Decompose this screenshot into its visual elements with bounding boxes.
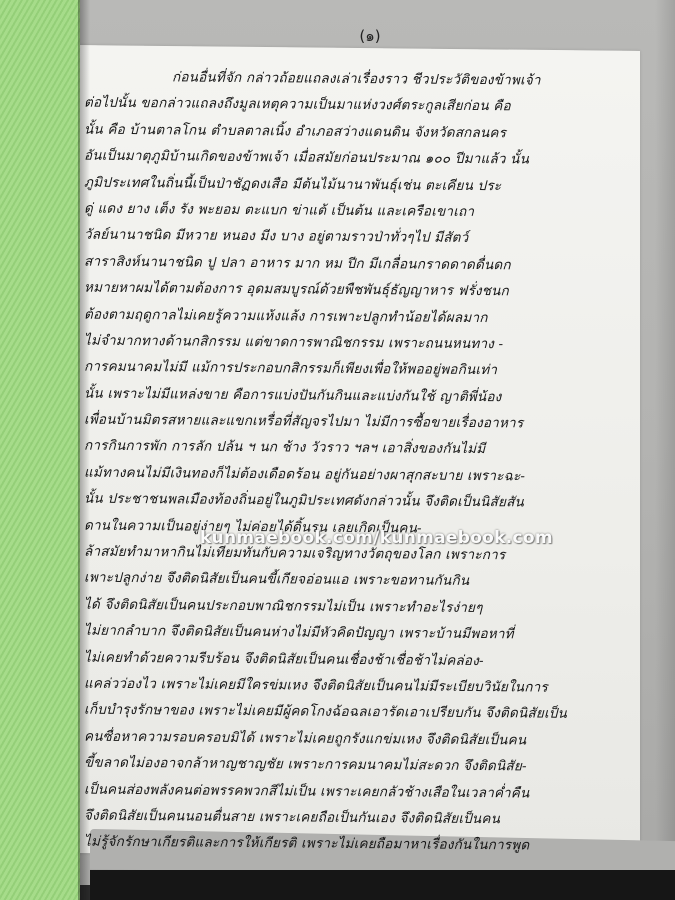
- green-book-cover: [0, 0, 80, 900]
- watermark: kunmaebook.com/kunmaebook.com: [200, 528, 553, 548]
- page-number: (๑): [340, 24, 400, 48]
- text-line: ไม่รู้จักรักษาเกียรติและการให้เกียรติ เพ…: [84, 829, 636, 860]
- text-line: ขี้ขลาดไม่องอาจกล้าหาญชาญชัย เพราะการคมน…: [84, 750, 636, 781]
- cover-binding-shadow: [78, 0, 90, 900]
- text-line: หมายหาผมได้ตามต้องการ อุดมสมบูรณ์ด้วยพืช…: [84, 275, 636, 306]
- handwritten-text-block: ก่อนอื่นที่จัก กล่าวถ้อยแถลงเล่าเรื่องรา…: [84, 64, 636, 861]
- dark-table-surface: [90, 870, 675, 900]
- text-line: อันเป็นมาตุภูมิบ้านเกิดของข้าพเจ้า เมื่อ…: [84, 143, 636, 174]
- page-shadow: [655, 0, 675, 900]
